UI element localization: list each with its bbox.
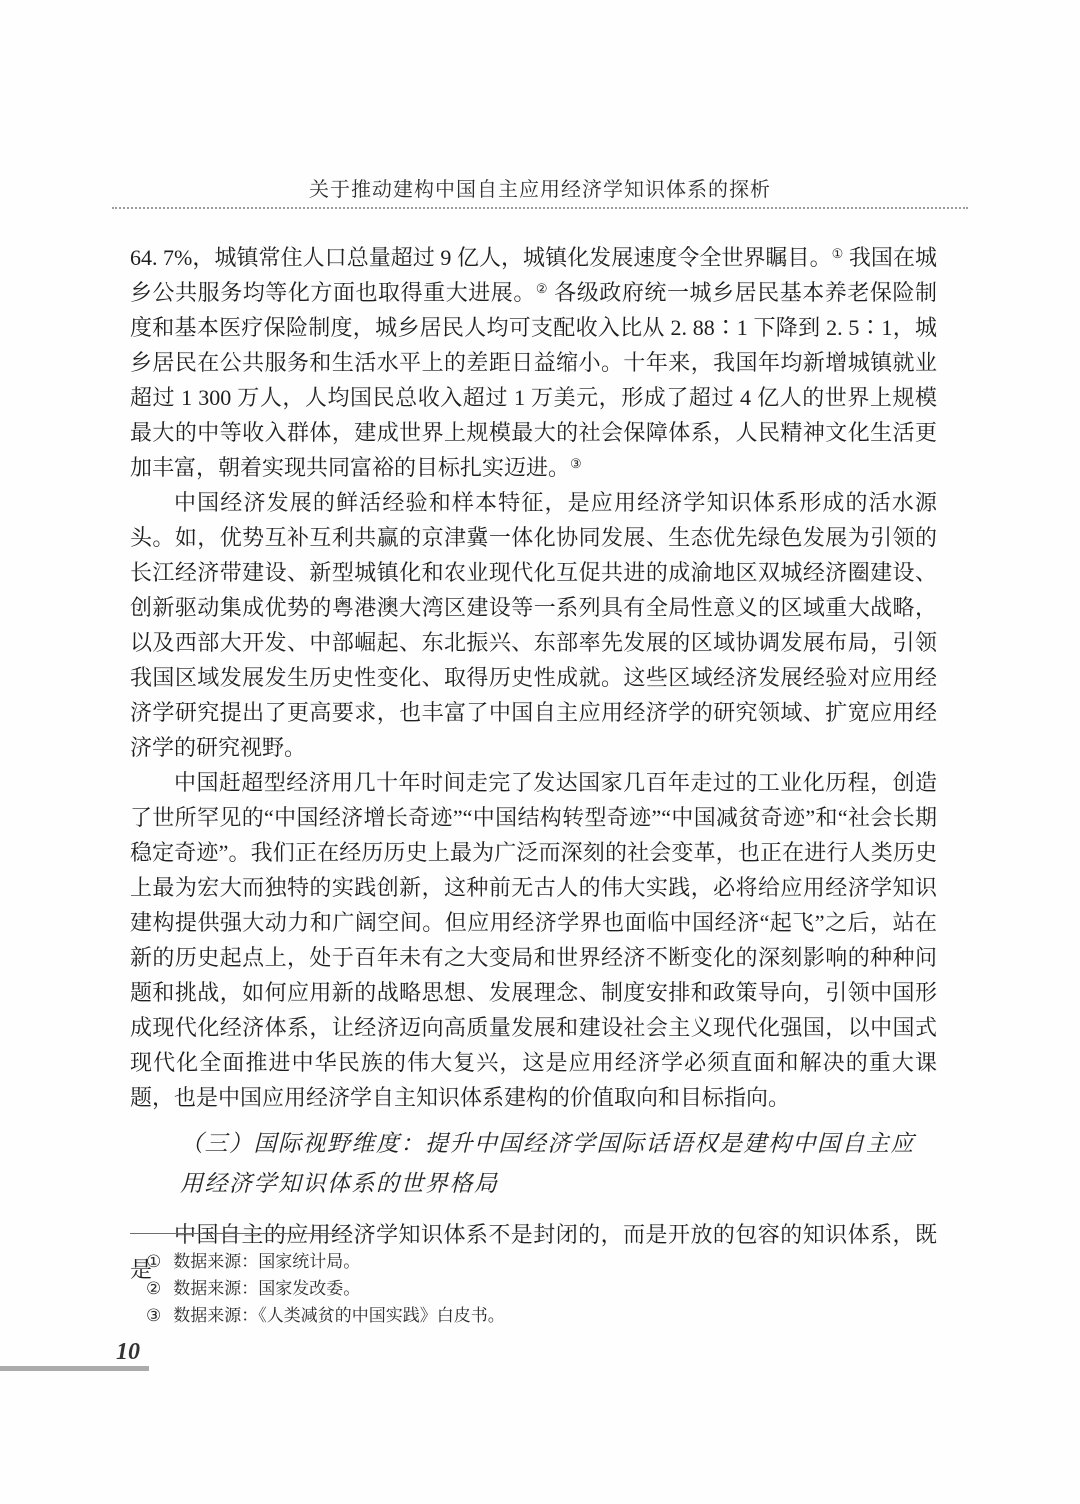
body-text: 64. 7%，城镇常住人口总量超过 9 亿人，城镇化发展速度令全世界瞩目。① 我… [130,240,937,1287]
paragraph: 64. 7%，城镇常住人口总量超过 9 亿人，城镇化发展速度令全世界瞩目。① 我… [130,240,937,485]
footnote-text: 数据来源：国家统计局。 [173,1252,360,1271]
page-number: 10 [0,1338,147,1366]
page-number-bar [0,1366,149,1371]
paragraph: 中国经济发展的鲜活经验和样本特征，是应用经济学知识体系形成的活水源头。如，优势互… [130,485,937,765]
footnote-number: ① [146,1252,161,1271]
footnotes: ①数据来源：国家统计局。 ②数据来源：国家发改委。 ③数据来源：《人类减贫的中国… [130,1248,937,1329]
footnote-marker: ② [536,281,548,296]
footnote-number: ③ [146,1306,161,1325]
footnote-number: ② [146,1279,161,1298]
paragraph: 中国赶超型经济用几十年时间走完了发达国家几百年走过的工业化历程，创造了世所罕见的… [130,765,937,1115]
footnote-text: 数据来源：《人类减贫的中国实践》白皮书。 [173,1306,505,1325]
footnote-marker: ③ [570,456,582,471]
footnote-text: 数据来源：国家发改委。 [173,1279,360,1298]
footnote-item: ③数据来源：《人类减贫的中国实践》白皮书。 [130,1302,937,1329]
document-page: 关于推动建构中国自主应用经济学知识体系的探析 64. 7%，城镇常住人口总量超过… [0,0,1080,1504]
running-head-title: 关于推动建构中国自主应用经济学知识体系的探析 [112,178,968,209]
footnote-item: ②数据来源：国家发改委。 [130,1275,937,1302]
footnote-item: ①数据来源：国家统计局。 [130,1248,937,1275]
section-heading: （三）国际视野维度：提升中国经济学国际话语权是建构中国自主应用经济学知识体系的世… [130,1124,937,1204]
footnote-marker: ① [832,246,844,261]
footnote-separator [130,1233,346,1234]
